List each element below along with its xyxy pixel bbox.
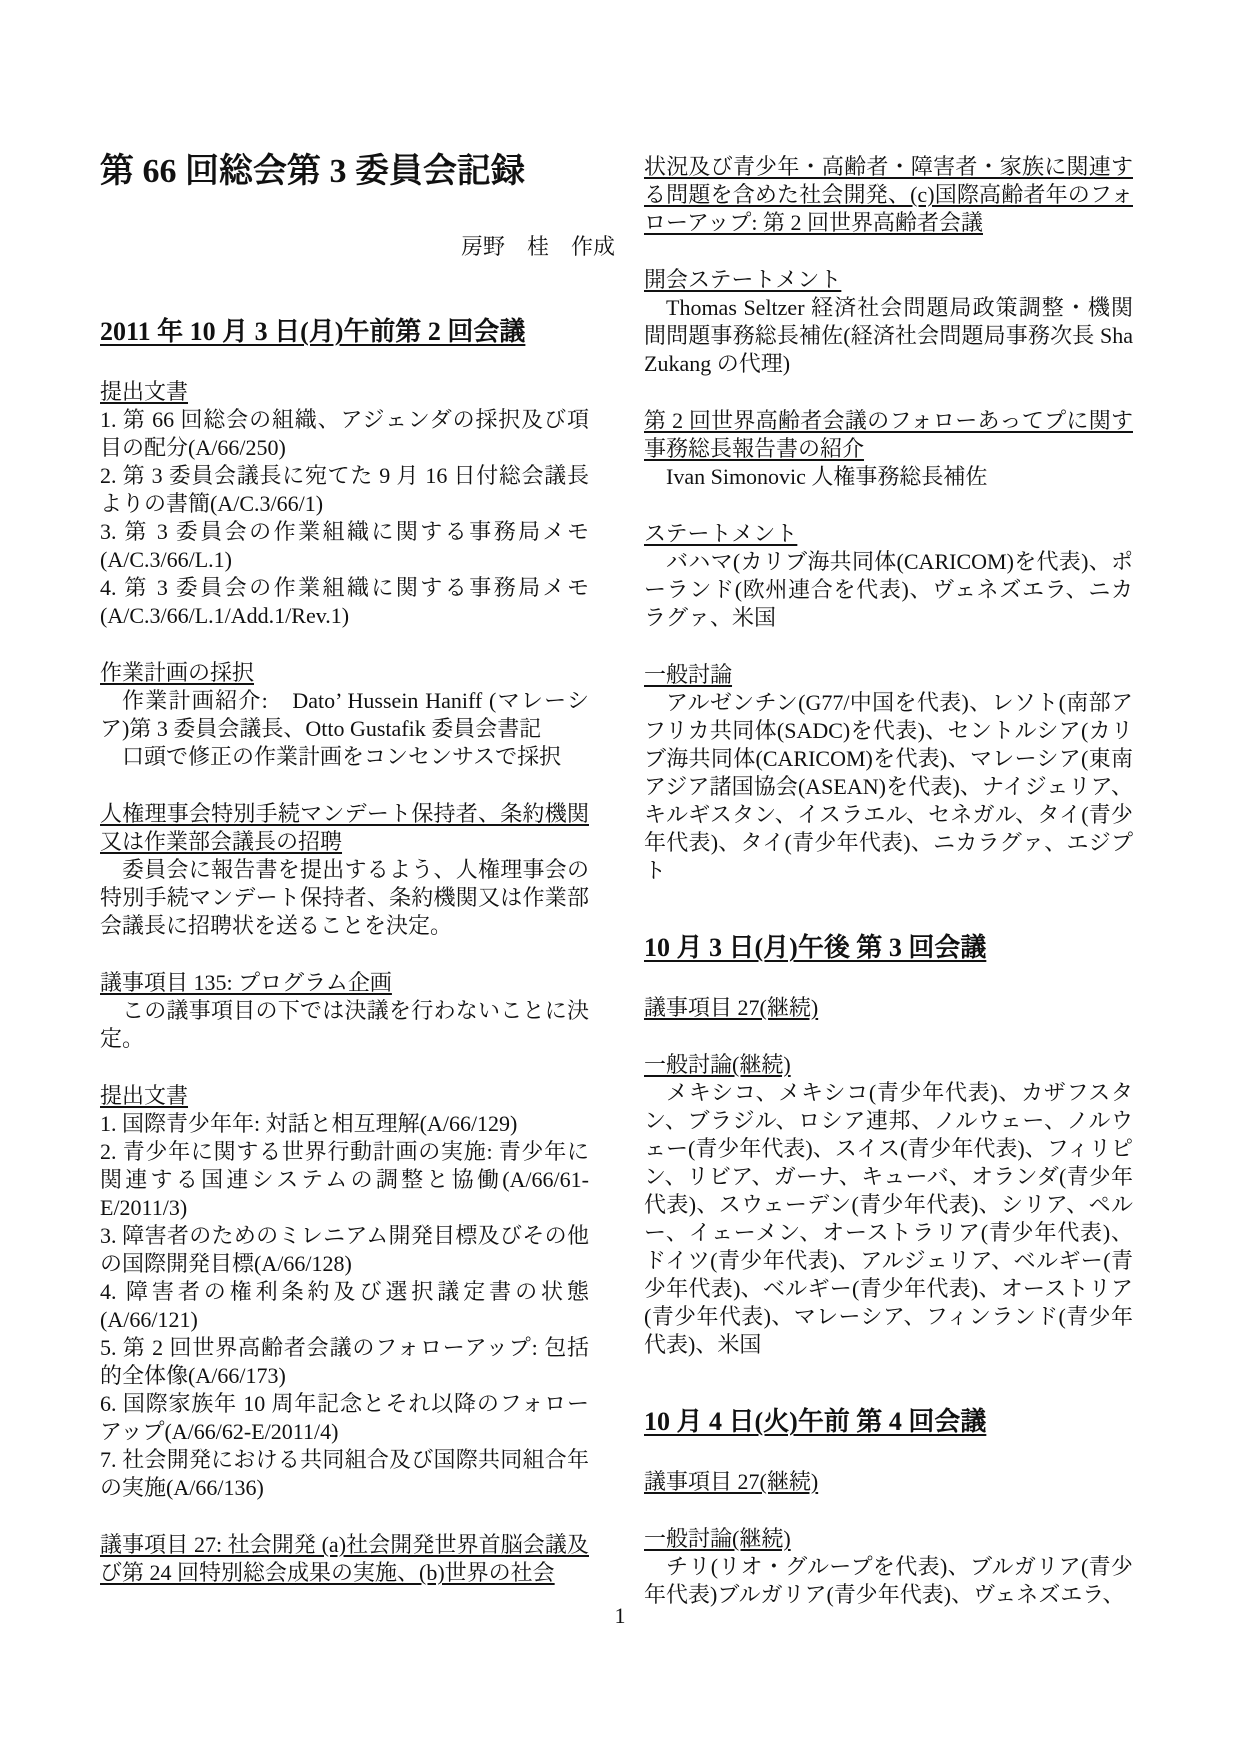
- document-list-item: 2. 第 3 委員会議長に宛てた 9 月 16 日付総会議長よりの書簡(A/C.…: [100, 462, 589, 518]
- document-page: 第 66 回総会第 3 委員会記録房野 桂 作成2011 年 10 月 3 日(…: [0, 0, 1240, 1754]
- left-column: 第 66 回総会第 3 委員会記録房野 桂 作成2011 年 10 月 3 日(…: [100, 150, 589, 1587]
- paragraph: この議事項目の下では決議を行わないことに決定。: [100, 997, 589, 1053]
- document-list-item: 2. 青少年に関する世界行動計画の実施: 青少年に関連する国連システムの調整と協…: [100, 1138, 589, 1222]
- section-heading: 作業計画の採択: [100, 659, 589, 687]
- section-heading: 開会ステートメント: [644, 266, 1133, 294]
- document-list-item: 1. 第 66 回総会の組織、アジェンダの採択及び項目の配分(A/66/250): [100, 406, 589, 462]
- section-heading: 人権理事会特別手続マンデート保持者、条約機関又は作業部会議長の招聘: [100, 800, 589, 856]
- section-heading: 一般討論(継続): [644, 1525, 1133, 1553]
- section-heading: 一般討論(継続): [644, 1051, 1133, 1079]
- document-list-item: 7. 社会開発における共同組合及び国際共同組合年の実施(A/66/136): [100, 1446, 589, 1502]
- section-heading: 議事項目 27: 社会開発 (a)社会開発世界首脳会議及び第 24 回特別総会成…: [100, 1531, 589, 1587]
- right-column: 状況及び青少年・高齢者・障害者・家族に関連する問題を含めた社会開発、(c)国際高…: [644, 153, 1133, 1609]
- document-list-item: 4. 障害者の権利条約及び選択議定書の状態(A/66/121): [100, 1278, 589, 1334]
- document-list-item: 6. 国際家族年 10 周年記念とそれ以降のフォローアップ(A/66/62-E/…: [100, 1390, 589, 1446]
- document-title: 第 66 回総会第 3 委員会記録: [100, 150, 589, 194]
- paragraph: 作業計画紹介: Dato’ Hussein Haniff (マレーシア)第 3 …: [100, 687, 589, 743]
- author-line: 房野 桂 作成: [100, 233, 615, 261]
- paragraph: Thomas Seltzer 経済社会問題局政策調整・機関間問題事務総長補佐(経…: [644, 294, 1133, 378]
- paragraph: アルゼンチン(G77/中国を代表)、レソト(南部アフリカ共同体(SADC)を代表…: [644, 689, 1133, 885]
- section-heading: 状況及び青少年・高齢者・障害者・家族に関連する問題を含めた社会開発、(c)国際高…: [644, 153, 1133, 237]
- session-heading: 2011 年 10 月 3 日(月)午前第 2 回会議: [100, 315, 589, 349]
- page-number: 1: [0, 1602, 1240, 1630]
- document-list-item: 4. 第 3 委員会の作業組織に関する事務局メモ(A/C.3/66/L.1/Ad…: [100, 574, 589, 630]
- session-heading: 10 月 3 日(月)午後 第 3 回会議: [644, 931, 1133, 965]
- section-heading: 議事項目 135: プログラム企画: [100, 969, 589, 997]
- session-heading: 10 月 4 日(火)午前 第 4 回会議: [644, 1405, 1133, 1439]
- paragraph: Ivan Simonovic 人権事務総長補佐: [644, 463, 1133, 491]
- paragraph: チリ(リオ・グループを代表)、ブルガリア(青少年代表)ブルガリア(青少年代表)、…: [644, 1553, 1133, 1609]
- section-heading: 提出文書: [100, 1082, 589, 1110]
- document-list-item: 1. 国際青少年年: 対話と相互理解(A/66/129): [100, 1110, 589, 1138]
- paragraph: メキシコ、メキシコ(青少年代表)、カザフスタン、ブラジル、ロシア連邦、ノルウェー…: [644, 1079, 1133, 1359]
- section-heading: ステートメント: [644, 520, 1133, 548]
- document-list-item: 3. 第 3 委員会の作業組織に関する事務局メモ(A/C.3/66/L.1): [100, 518, 589, 574]
- section-heading: 提出文書: [100, 378, 589, 406]
- section-heading: 第 2 回世界高齢者会議のフォローあってプに関す事務総長報告書の紹介: [644, 407, 1133, 463]
- document-list-item: 5. 第 2 回世界高齢者会議のフォローアップ: 包括的全体像(A/66/173…: [100, 1334, 589, 1390]
- section-heading: 議事項目 27(継続): [644, 994, 1133, 1022]
- section-heading: 一般討論: [644, 661, 1133, 689]
- document-list-item: 3. 障害者のためのミレニアム開発目標及びその他の国際開発目標(A/66/128…: [100, 1222, 589, 1278]
- paragraph: 委員会に報告書を提出するよう、人権理事会の特別手続マンデート保持者、条約機関又は…: [100, 856, 589, 940]
- section-heading: 議事項目 27(継続): [644, 1468, 1133, 1496]
- paragraph: バハマ(カリブ海共同体(CARICOM)を代表)、ポーランド(欧州連合を代表)、…: [644, 548, 1133, 632]
- paragraph: 口頭で修正の作業計画をコンセンサスで採択: [100, 743, 589, 771]
